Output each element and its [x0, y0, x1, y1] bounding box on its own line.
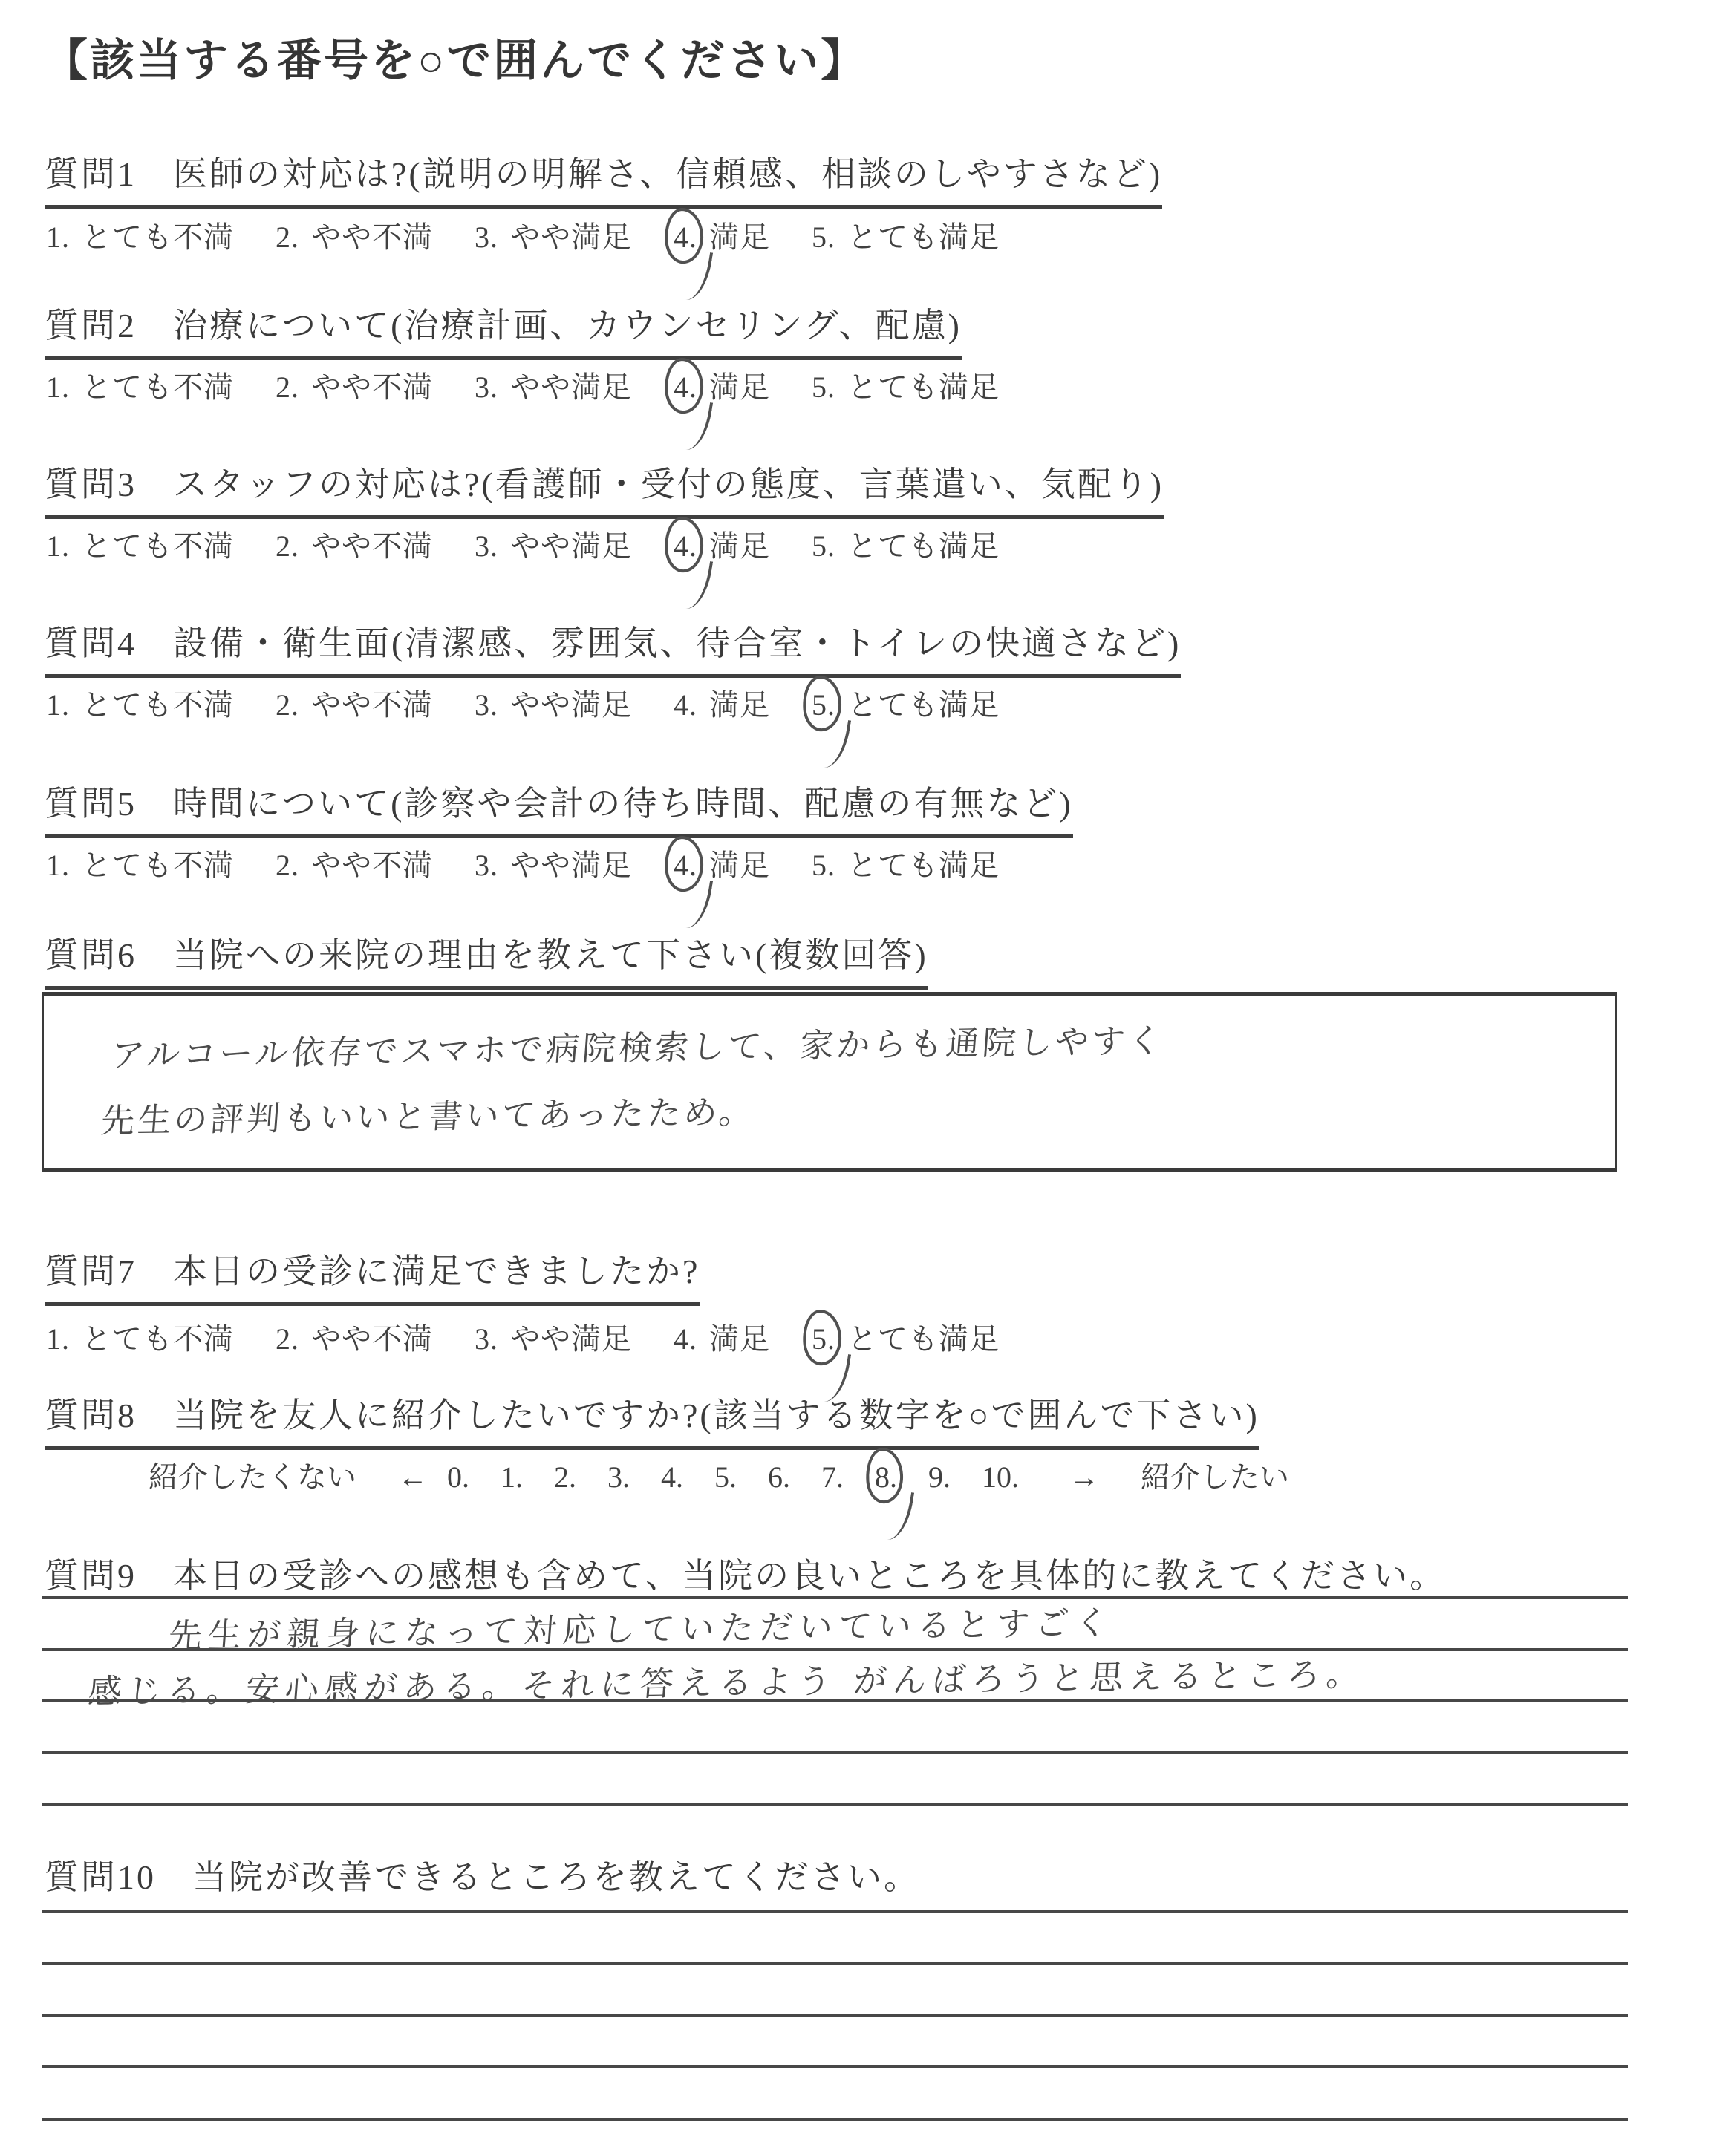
scale-option-label: とても不満	[82, 523, 234, 565]
scale-option-number: 1.	[46, 370, 70, 405]
nps-number: 1.	[501, 1460, 523, 1494]
scale-option-label: やや満足	[510, 682, 632, 724]
scale-option-number: 4.	[674, 1322, 697, 1356]
scale-option-number-circled: 4.	[674, 848, 697, 883]
question-8-heading: 質問8 当院を友人に紹介したいですか?(該当する数字を○で囲んで下さい)	[45, 1388, 1259, 1450]
nps-number: 9.	[928, 1460, 951, 1494]
scale-option-label: やや満足	[510, 842, 632, 884]
scale-option-number: 3.	[475, 1322, 498, 1356]
question-5-heading: 質問5 時間について(診察や会計の待ち時間、配慮の有無など)	[45, 777, 1073, 838]
question-2-heading: 質問2 治療について(治療計画、カウンセリング、配慮)	[45, 298, 962, 360]
scale-option-number: 5.	[812, 848, 835, 883]
nps-number-circled: 8.	[875, 1460, 897, 1494]
question-6-answer-box: アルコール依存でスマホで病院検索して、家からも通院しやすく 先生の評判もいいと書…	[42, 992, 1617, 1172]
scale-option-label: とても満足	[847, 214, 1000, 256]
answer-line	[42, 1596, 1628, 1599]
scale-option-label: とても満足	[847, 364, 1000, 406]
question-1-heading: 質問1 医師の対応は?(説明の明解さ、信頼感、相談のしやすさなど)	[45, 147, 1162, 209]
scale-option-number-circled: 5.	[812, 687, 835, 722]
scale-option-label: やや不満	[311, 364, 433, 406]
scale-option-number-circled: 4.	[674, 370, 697, 405]
handwritten-answer-line: アルコール依存でスマホで病院検索して、家からも通院しやすく	[110, 1013, 1167, 1077]
scale-option-label: やや不満	[311, 682, 433, 724]
nps-number: 0.	[447, 1460, 469, 1494]
scale-option-label: 満足	[709, 1316, 770, 1358]
scale-option-label: やや満足	[510, 1316, 632, 1358]
answer-line	[42, 2014, 1628, 2017]
answer-line	[42, 1751, 1628, 1754]
left-arrow-icon: ←	[398, 1460, 428, 1494]
scale-option-number: 3.	[475, 529, 498, 563]
scale-option-label: やや満足	[510, 364, 632, 406]
scale-option-number: 1.	[46, 848, 70, 883]
scale-option-number: 2.	[276, 370, 299, 405]
scale-option-number-circled: 4.	[674, 220, 697, 255]
scale-option-number: 2.	[276, 1322, 299, 1356]
scale-option-label: とても不満	[82, 364, 234, 406]
scale-option-label: とても不満	[82, 214, 234, 256]
scale-option-label: やや不満	[311, 1316, 433, 1358]
scale-option-number-circled: 4.	[674, 529, 697, 563]
scale-option-label: 満足	[709, 214, 770, 256]
scale-option-number: 1.	[46, 529, 70, 563]
page-title: 【該当する番号を○で囲んでください】	[43, 25, 867, 89]
scale-option-number: 3.	[475, 848, 498, 883]
answer-line	[42, 1962, 1628, 1965]
scale-option-number: 5.	[812, 529, 835, 563]
question-8-nps-scale: 紹介したくない←0.1.2.3.4.5.6.7.8.9.10.→紹介したい	[149, 1454, 1289, 1496]
answer-line	[42, 2118, 1628, 2121]
scale-option-label: 満足	[709, 364, 770, 406]
question-9-heading: 質問9 本日の受診への感想も含めて、当院の良いところを具体的に教えてください。	[45, 1549, 1446, 1598]
scale-option-label: やや満足	[510, 214, 632, 256]
scale-option-label: 満足	[709, 842, 770, 884]
answer-line	[42, 1910, 1628, 1913]
scale-option-number: 5.	[812, 220, 835, 255]
scale-option-number: 1.	[46, 1322, 70, 1356]
nps-number: 5.	[714, 1460, 737, 1494]
question-5-scale: 1.とても不満2.やや不満3.やや満足4.満足5.とても満足	[46, 842, 1041, 884]
scale-option-number: 2.	[276, 687, 299, 722]
scale-option-number: 3.	[475, 220, 498, 255]
question-6-heading: 質問6 当院への来院の理由を教えて下さい(複数回答)	[45, 928, 928, 990]
handwritten-answer-line: 先生の評判もいいと書いてあったため。	[100, 1085, 757, 1142]
nps-min-label: 紹介したくない	[149, 1460, 356, 1494]
scale-option-number: 1.	[46, 687, 70, 722]
survey-sheet: 【該当する番号を○で囲んでください】 質問1 医師の対応は?(説明の明解さ、信頼…	[0, 0, 1711, 2156]
scale-option-label: とても不満	[82, 682, 234, 724]
scale-option-number: 3.	[475, 370, 498, 405]
scale-option-label: とても不満	[82, 1316, 234, 1358]
question-3-heading: 質問3 スタッフの対応は?(看護師・受付の態度、言葉遣い、気配り)	[45, 457, 1164, 519]
scale-option-label: とても満足	[847, 682, 1000, 724]
nps-max-label: 紹介したい	[1141, 1460, 1289, 1494]
scale-option-label: やや不満	[311, 214, 433, 256]
scale-option-number: 2.	[276, 220, 299, 255]
question-7-scale: 1.とても不満2.やや不満3.やや満足4.満足5.とても満足	[46, 1316, 1041, 1358]
nps-number: 6.	[768, 1460, 790, 1494]
scale-option-number: 5.	[812, 370, 835, 405]
scale-option-number: 3.	[475, 687, 498, 722]
nps-number: 10.	[982, 1460, 1019, 1494]
question-4-heading: 質問4 設備・衛生面(清潔感、雰囲気、待合室・トイレの快適さなど)	[45, 616, 1181, 678]
question-10-heading: 質問10 当院が改善できるところを教えてください。	[45, 1850, 920, 1899]
question-1-scale: 1.とても不満2.やや不満3.やや満足4.満足5.とても満足	[46, 214, 1041, 256]
scale-option-label: とても不満	[82, 842, 234, 884]
nps-number: 4.	[661, 1460, 683, 1494]
scale-option-label: やや不満	[311, 523, 433, 565]
scale-option-label: 満足	[709, 523, 770, 565]
scale-option-number: 2.	[276, 848, 299, 883]
scale-option-number: 2.	[276, 529, 299, 563]
answer-line	[42, 1803, 1628, 1806]
nps-number: 3.	[607, 1460, 630, 1494]
scale-option-label: 満足	[709, 682, 770, 724]
right-arrow-icon: →	[1069, 1460, 1099, 1494]
nps-number: 2.	[554, 1460, 576, 1494]
question-3-scale: 1.とても不満2.やや不満3.やや満足4.満足5.とても満足	[46, 523, 1041, 565]
scale-option-label: とても満足	[847, 1316, 1000, 1358]
scale-option-label: やや満足	[510, 523, 632, 565]
nps-number: 7.	[821, 1460, 844, 1494]
question-4-scale: 1.とても不満2.やや不満3.やや満足4.満足5.とても満足	[46, 682, 1041, 724]
question-7-heading: 質問7 本日の受診に満足できましたか?	[45, 1244, 700, 1306]
question-2-scale: 1.とても不満2.やや不満3.やや満足4.満足5.とても満足	[46, 364, 1041, 406]
scale-option-label: とても満足	[847, 523, 1000, 565]
scale-option-number-circled: 5.	[812, 1322, 835, 1356]
answer-line	[42, 2065, 1628, 2068]
handwritten-answer-line: 感じる。安心感がある。それに答えるよう がんばろうと思えるところ。	[87, 1647, 1368, 1713]
scale-option-label: やや不満	[311, 842, 433, 884]
scale-option-label: とても満足	[847, 842, 1000, 884]
scale-option-number: 4.	[674, 687, 697, 722]
scale-option-number: 1.	[46, 220, 70, 255]
